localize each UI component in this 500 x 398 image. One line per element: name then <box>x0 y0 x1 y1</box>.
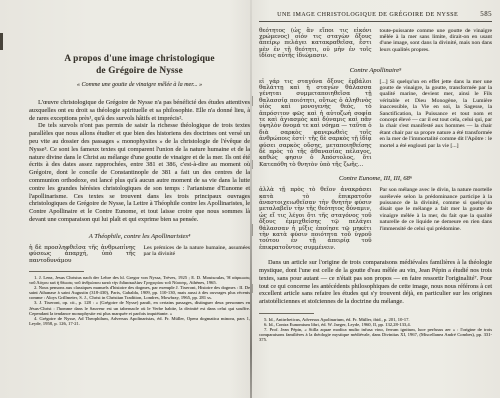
greek-text: θεότητος (ὡς ἂν εἴποι τις εἰκόνι χρώμενο… <box>259 28 372 60</box>
section-heading-theophile: A Théophile, contre les Apollinaristes⁴ <box>29 233 250 240</box>
bilingual-quote-theophile: ἡ δὲ προσληφθεῖσα τῆς ἀνθρωπίνης φύσεως … <box>29 245 250 264</box>
french-translation: Par son mélange avec le divin, la nature… <box>380 187 493 251</box>
bilingual-quote-eunome: ἀλλὰ τῇ πρὸς τὸ θεῖον ἀνακράσει κατὰ τὸ … <box>259 187 492 251</box>
intro-paragraph-1: L'œuvre christologique de Grégoire de Ny… <box>29 99 250 122</box>
section-heading-apollinaire: Contre Apollinaire⁵ <box>259 67 492 74</box>
scan-edge-artifact <box>252 96 253 106</box>
greek-text: εἰ γάρ τις σταγόνα ὄξους ἐμβάλοι θαλάττῃ… <box>259 79 372 169</box>
intro-paragraph-2: De tels survols n'ont pas permis de sais… <box>29 122 250 223</box>
footnote-7: 7. Prof. Jean Pépin, « Stilla aquae modi… <box>259 327 492 342</box>
french-translation: Les prémices de la nature humaine, assum… <box>144 245 251 264</box>
page-number: 585 <box>476 11 492 18</box>
footnote-separator <box>29 271 84 272</box>
footnote-2: 2. Nous pensons aux classiques manuels d… <box>29 285 250 300</box>
article-title-line2: de Grégoire de Nysse <box>29 65 250 77</box>
bilingual-quote-continuation: θεότητος (ὡς ἂν εἴποι τις εἰκόνι χρώμενο… <box>259 28 492 60</box>
left-page: A propos d'une image christologique de G… <box>29 0 250 326</box>
article-title-line1: A propos d'une image christologique <box>29 53 250 65</box>
scan-edge-artifact <box>252 160 253 169</box>
scan-edge-artifact <box>252 224 253 236</box>
closing-paragraph: Dans un article sur l'origine de trois c… <box>259 259 492 306</box>
footnote-3: 3. J. Tixeront, op. cit., p. 128 : « (Gr… <box>29 300 250 315</box>
book-gutter-shadow <box>250 0 252 398</box>
right-page: UNE IMAGE CHRISTOLOGIQUE DE GRÉGOIRE DE … <box>259 0 492 343</box>
greek-text: ἡ δὲ προσληφθεῖσα τῆς ἀνθρωπίνης φύσεως … <box>29 245 136 264</box>
footnote-separator <box>259 313 314 314</box>
running-header: UNE IMAGE CHRISTOLOGIQUE DE GRÉGOIRE DE … <box>259 11 492 18</box>
article-title: A propos d'une image christologique de G… <box>29 53 250 76</box>
scan-edge-artifact <box>0 33 3 50</box>
footnotes-right: 5. Id., Antirrheticus, Adversus Apolinar… <box>259 317 492 342</box>
bilingual-quote-apollinaire: εἰ γάρ τις σταγόνα ὄξους ἐμβάλοι θαλάττῃ… <box>259 79 492 169</box>
footnotes-left: 1. J. Lenz, Jesus Christus nach der Lehr… <box>29 275 250 326</box>
section-heading-eunome: Contre Eunome, III, III, 68⁶ <box>259 175 492 182</box>
epigraph: « Comme une goutte de vinaigre mêlée à l… <box>29 82 250 88</box>
french-translation: toute-puissante comme une goutte de vina… <box>380 28 493 60</box>
french-translation: [...] Si quelqu'un en effet jette dans l… <box>380 79 493 169</box>
greek-text: ἀλλὰ τῇ πρὸς τὸ θεῖον ἀνακράσει κατὰ τὸ … <box>259 187 372 251</box>
scan-edge-artifact <box>252 284 253 293</box>
header-rule <box>259 21 492 22</box>
running-header-title: UNE IMAGE CHRISTOLOGIQUE DE GRÉGOIRE DE … <box>259 12 476 18</box>
footnote-1: 1. J. Lenz, Jesus Christus nach der Lehr… <box>29 275 250 285</box>
footnote-4: 4. Grégoire de Nysse, Ad Theophilum, Adv… <box>29 316 250 326</box>
